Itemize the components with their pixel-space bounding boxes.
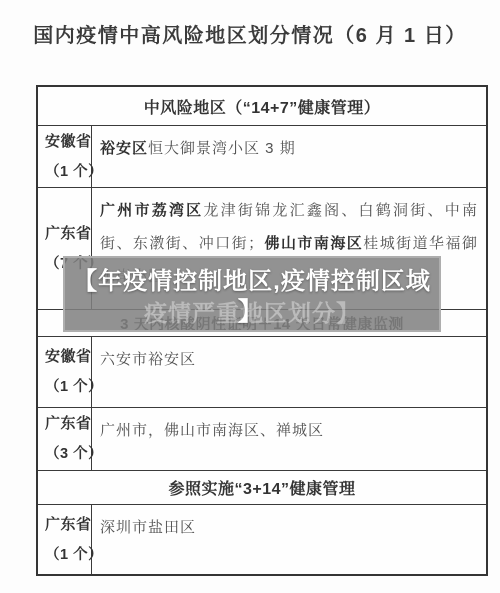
scanned-page: 国内疫情中高风险地区划分情况（6 月 1 日） 中风险地区（“14+7”健康管理… (0, 0, 500, 593)
region-segment: 裕安区 (100, 140, 148, 157)
province-cell: 广东省 （1 个） (38, 505, 92, 574)
region-cell: 深圳市盐田区 (92, 505, 486, 574)
section-header-3plus14: 参照实施“3+14”健康管理 (38, 470, 486, 504)
province-name: 广东省 (45, 408, 91, 439)
province-cell: 广东省 （3 个） (38, 408, 92, 470)
province-count: （1 个） (45, 540, 91, 571)
section-header-label: 参照实施“3+14”健康管理 (168, 476, 355, 499)
region-cell: 六安市裕安区 (92, 337, 486, 407)
watermark-line2: 疫情严重地区划分】 】 (65, 295, 439, 328)
region-segment: 恒大御景湾小区 3 期 (148, 140, 296, 157)
province-count: （3 个） (45, 439, 91, 470)
watermark-closing-bracket: 】 (238, 292, 264, 328)
table-row: 安徽省 （1 个） 裕安区恒大御景湾小区 3 期 (38, 125, 486, 187)
province-count: （1 个） (45, 372, 91, 403)
section-header-label: 中风险地区（“14+7”健康管理） (144, 95, 381, 118)
table-row: 安徽省 （1 个） 六安市裕安区 (38, 336, 486, 407)
section-header-medium-risk: 中风险地区（“14+7”健康管理） (38, 87, 486, 125)
region-segment: 六安市裕安区 (100, 351, 196, 368)
watermark-overlay: 【年疫情控制地区,疫情控制区域 疫情严重地区划分】 】 (63, 256, 441, 332)
table-row: 广东省 （3 个） 广州市，佛山市南海区、禅城区 (38, 407, 486, 470)
region-segment: 广州市荔湾区 (100, 202, 203, 219)
province-name: 安徽省 (45, 126, 91, 157)
table-row: 广东省 （1 个） 深圳市盐田区 (38, 504, 486, 574)
region-cell: 裕安区恒大御景湾小区 3 期 (92, 126, 486, 187)
region-segment: 佛山市南海区 (264, 235, 363, 252)
province-cell: 安徽省 （1 个） (38, 337, 92, 407)
province-name: 安徽省 (45, 341, 91, 372)
province-name: 广东省 (45, 218, 91, 249)
province-cell: 安徽省 （1 个） (38, 126, 92, 187)
region-segment: 广州市，佛山市南海区、禅城区 (100, 422, 324, 439)
page-title: 国内疫情中高风险地区划分情况（6 月 1 日） (0, 19, 500, 48)
province-name: 广东省 (45, 509, 91, 540)
province-count: （1 个） (45, 157, 91, 188)
region-segment: 深圳市盐田区 (100, 519, 196, 536)
watermark-line1: 【年疫情控制地区,疫情控制区域 (65, 261, 439, 296)
region-cell: 广州市，佛山市南海区、禅城区 (92, 408, 486, 470)
